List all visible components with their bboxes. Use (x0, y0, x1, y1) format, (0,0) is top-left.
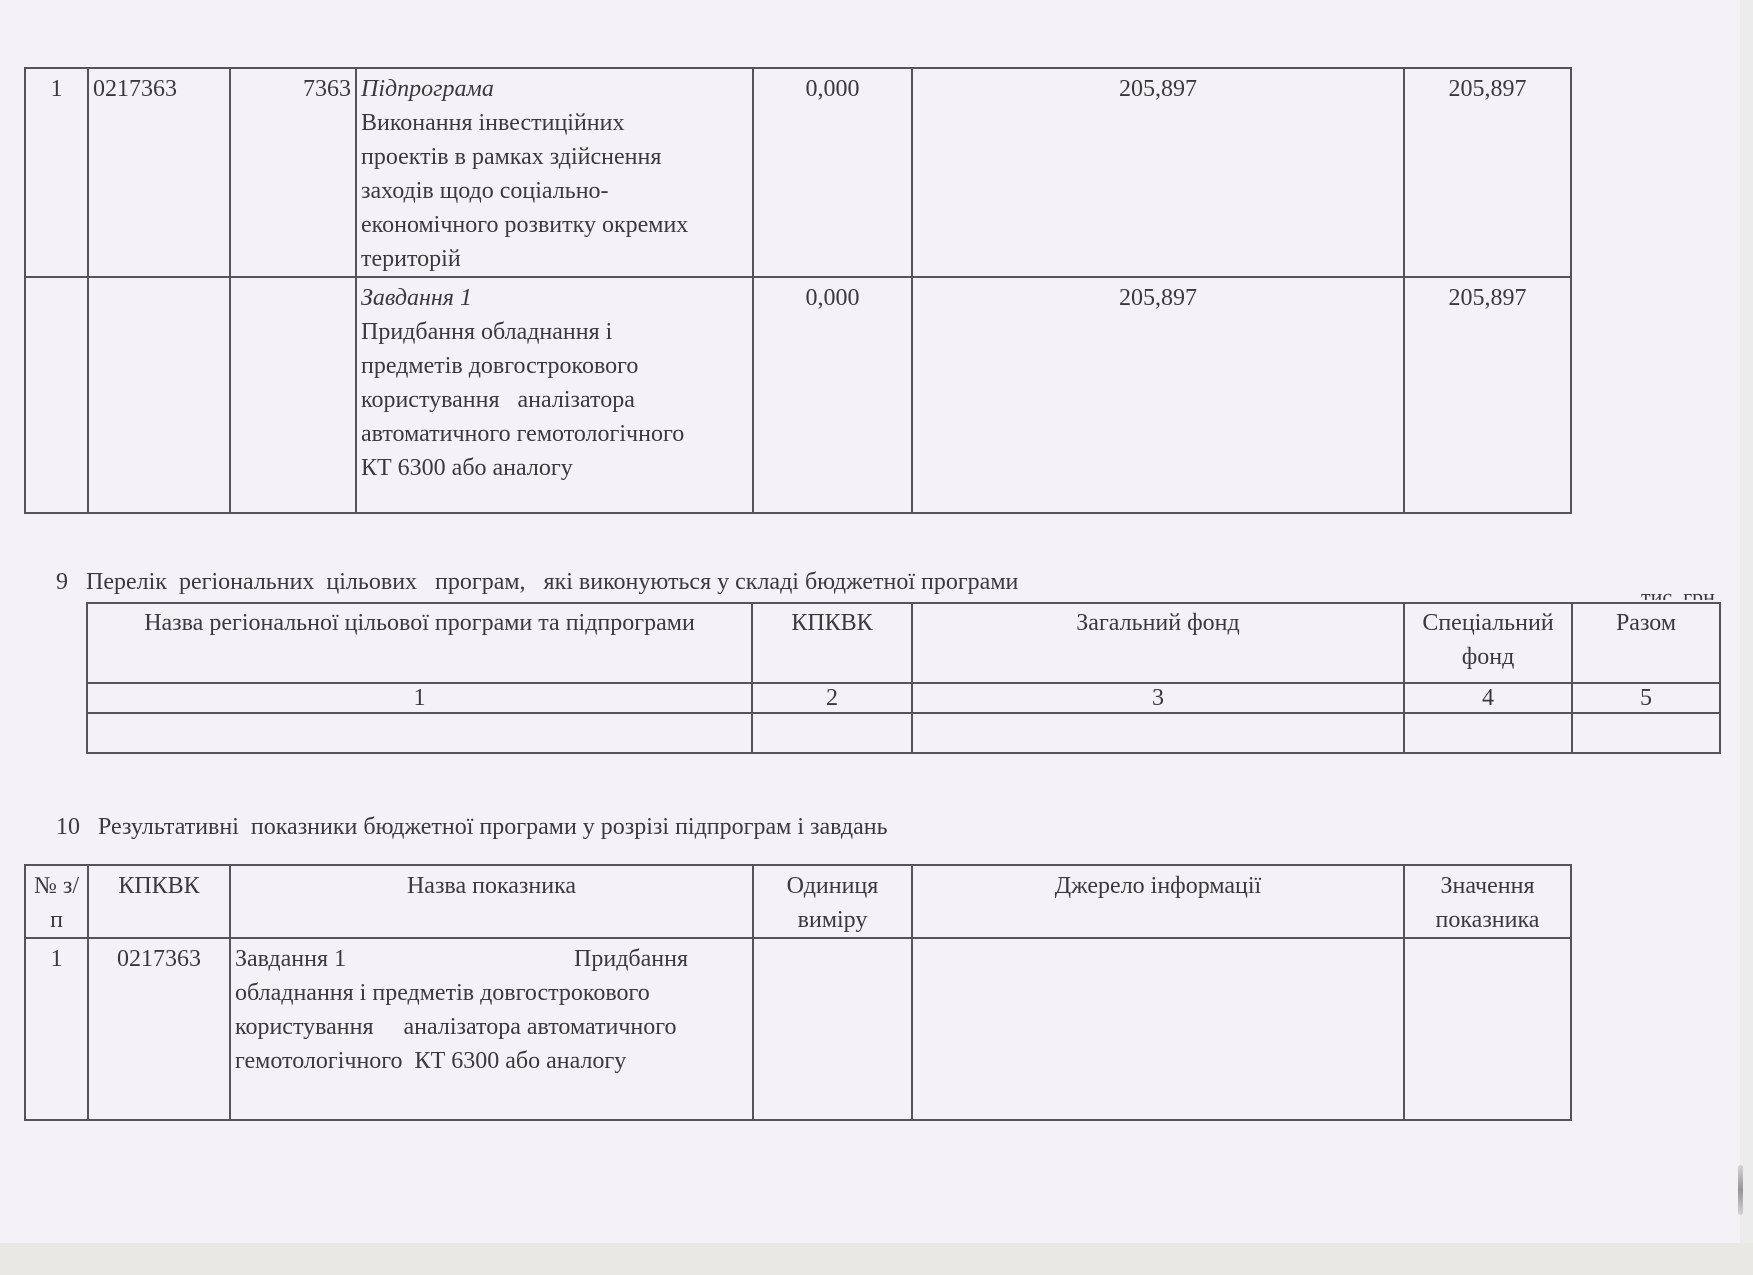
general-fund-value: 0,000 (753, 68, 912, 277)
col-header: Одиниця виміру (753, 865, 912, 938)
special-fund-value: 205,897 (912, 277, 1404, 513)
col-header: Значення показника (1404, 865, 1571, 938)
function-code: 7363 (230, 68, 356, 277)
special-fund-cell (1404, 713, 1572, 753)
col-header: Разом (1572, 603, 1720, 683)
row-label: Підпрограма (361, 72, 748, 106)
col-header: № з/п (25, 865, 88, 938)
table-header-row: Назва регіональної цільової програми та … (87, 603, 1720, 683)
special-fund-value: 205,897 (912, 68, 1404, 277)
section-title: Перелік регіональних цільових програм, я… (86, 569, 1018, 595)
col-header: Загальний фонд (912, 603, 1404, 683)
col-number: 4 (1404, 683, 1572, 713)
task-label: Завдання 1 (235, 942, 346, 976)
table-header-row: № з/п КПКВК Назва показника Одиниця вимі… (25, 865, 1571, 938)
total-cell (1572, 713, 1720, 753)
regional-programs-table: Назва регіональної цільової програми та … (86, 602, 1721, 754)
scan-edge-right (1740, 0, 1753, 1243)
section-10-heading: 10 Результативні показники бюджетної про… (44, 787, 888, 841)
col-header: Спеціальний фонд (1404, 603, 1572, 683)
section-number: 10 (56, 814, 80, 840)
kpkvk-cell (752, 713, 912, 753)
column-number-row: 1 2 3 4 5 (87, 683, 1720, 713)
source-cell (912, 938, 1404, 1120)
table-row (87, 713, 1720, 753)
budget-subprogram-table: 1 0217363 7363 Підпрограма Виконання інв… (24, 67, 1572, 514)
function-code (230, 277, 356, 513)
general-fund-cell (912, 713, 1404, 753)
total-value: 205,897 (1404, 277, 1571, 513)
section-9-heading: 9 Перелік регіональних цільових програм,… (44, 542, 1018, 596)
section-title: Результативні показники бюджетної програ… (98, 814, 888, 840)
col-number: 2 (752, 683, 912, 713)
value-cell (1404, 938, 1571, 1120)
table-row: 1 0217363 7363 Підпрограма Виконання інв… (25, 68, 1571, 277)
program-name-cell: Підпрограма Виконання інвестиційних прое… (356, 68, 753, 277)
task-name-rest: обладнання і предметів довгострокового к… (235, 976, 748, 1078)
task-name: Придбання обладнання і предметів довгост… (361, 315, 748, 485)
col-number: 5 (1572, 683, 1720, 713)
row-number: 1 (25, 938, 88, 1120)
section-number: 9 (56, 569, 68, 595)
total-value: 205,897 (1404, 68, 1571, 277)
performance-indicators-table: № з/п КПКВК Назва показника Одиниця вимі… (24, 864, 1572, 1121)
col-header: КПКВК (752, 603, 912, 683)
row-label: Завдання 1 (361, 281, 748, 315)
scan-edge-bottom (0, 1243, 1753, 1275)
table-row: Завдання 1 Придбання обладнання і предме… (25, 277, 1571, 513)
program-name-cell (87, 713, 752, 753)
kpkvk-code: 0217363 (88, 68, 230, 277)
kpkvk-code: 0217363 (88, 938, 230, 1120)
col-header: Назва показника (230, 865, 753, 938)
row-number: 1 (25, 68, 88, 277)
row-number (25, 277, 88, 513)
kpkvk-code (88, 277, 230, 513)
currency-unit: тис. грн (1641, 582, 1715, 600)
col-header: КПКВК (88, 865, 230, 938)
col-header: Джерело інформації (912, 865, 1404, 938)
task-name-start: Придбання (574, 942, 688, 976)
program-name: Виконання інвестиційних проектів в рамка… (361, 106, 748, 276)
unit-cell (753, 938, 912, 1120)
task-name-cell: Завдання 1 Придбання обладнання і предме… (356, 277, 753, 513)
col-number: 3 (912, 683, 1404, 713)
scan-smudge (1738, 1165, 1743, 1215)
indicator-name-cell: Завдання 1 Придбання обладнання і предме… (230, 938, 753, 1120)
col-header: Назва регіональної цільової програми та … (87, 603, 752, 683)
col-number: 1 (87, 683, 752, 713)
table-row: 1 0217363 Завдання 1 Придбання обладнанн… (25, 938, 1571, 1120)
general-fund-value: 0,000 (753, 277, 912, 513)
